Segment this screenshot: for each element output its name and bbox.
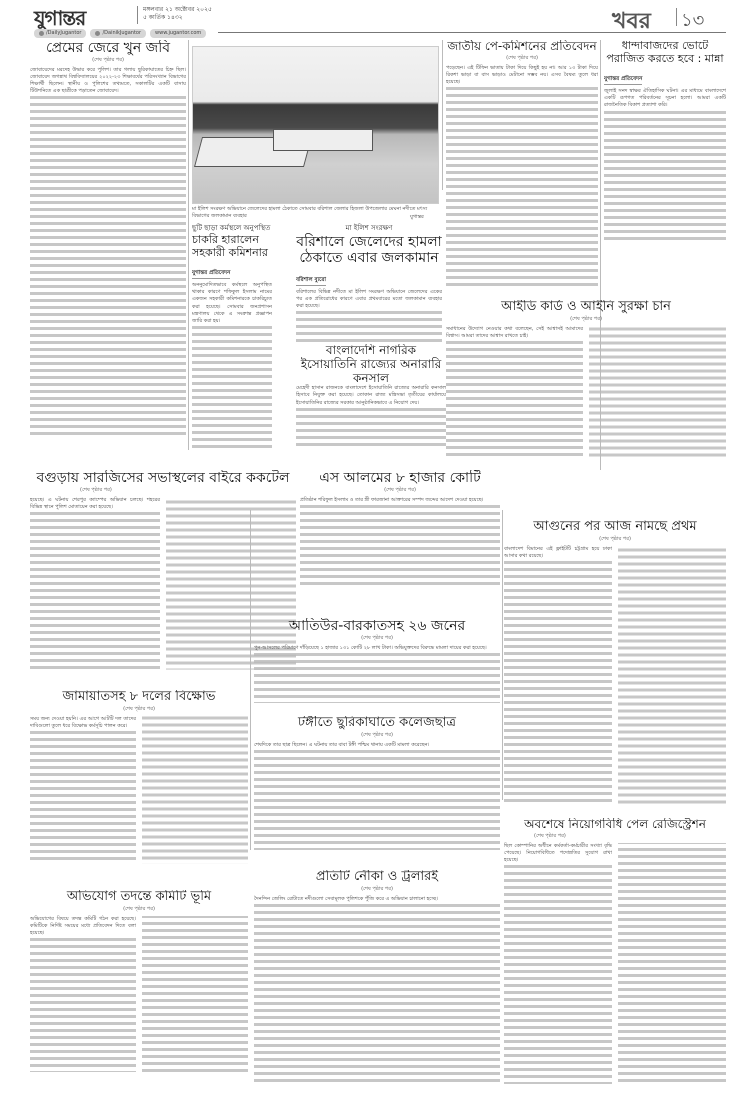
- headline[interactable]: আইডি কার্ড ও আইনি সুরক্ষা চান: [446, 300, 726, 315]
- social-label: /DailyJugantor: [46, 30, 81, 37]
- jump-line: (শেষ পৃষ্ঠার পর): [300, 487, 500, 495]
- lead-paragraph: জোবায়েদের মরদেহ উদ্ধার করে পুলিশ। তার গ…: [30, 67, 186, 95]
- article-body: বরিশালের বিভিন্ন নদীতে মা ইলিশ সংরক্ষণ অ…: [296, 289, 442, 342]
- headline[interactable]: বগুড়ায় সারজিসের সভাস্থলের বাইরে ককটেল: [30, 470, 296, 486]
- headline[interactable]: বরিশালে জেলেদের হামলা ঠেকাতে এবার জলকামা…: [296, 234, 442, 266]
- body-text-lines: [296, 408, 446, 448]
- lead-paragraph: হয়েছে। এ ঘটনায় শেরপুর ক্যাম্পের অভিযান…: [30, 497, 160, 511]
- article-body: বাংলাদেশ বিমানের এই ফ্লাইটটি চট্টগ্রাম হ…: [504, 546, 726, 804]
- article-atiur[interactable]: আতিউর-বারকাতসহ ২৬ জনের (শেষ পৃষ্ঠার পর) …: [254, 618, 500, 718]
- article-protiti-nouka[interactable]: প্রতিটি নৌকা ও ট্রলারই (শেষ পৃষ্ঠার পর) …: [254, 870, 500, 1094]
- x-icon: [39, 31, 44, 36]
- headline[interactable]: প্রতিটি নৌকা ও ট্রলারই: [254, 870, 500, 885]
- article-body: পড়েছেন। এই টিফিন ভাতায় টাকা দিয়ে কিছু…: [446, 65, 598, 287]
- column-rule: [502, 510, 503, 800]
- article-s-alam[interactable]: এস আলমের ৮ হাজার কোটি (শেষ পৃষ্ঠার পর) প…: [300, 470, 500, 590]
- body-text-lines: [30, 916, 248, 1072]
- jump-line: (শেষ পৃষ্ঠার পর): [30, 487, 296, 495]
- headline[interactable]: ধান্দাবাজদের ভোটে পরাজিত করতে হবে : মান্…: [604, 40, 726, 65]
- social-x-link[interactable]: /DailyJugantor: [34, 29, 86, 38]
- column-rule: [442, 40, 443, 190]
- body-text-lines: [30, 96, 186, 436]
- divider: [676, 8, 677, 26]
- boat-shape: [273, 129, 373, 151]
- lead-paragraph: অভিযোগের বিষয়ে তদন্ত কমিটি গঠন করা হয়ে…: [30, 916, 136, 937]
- jump-line: (শেষ পৃষ্ঠার পর): [30, 57, 186, 65]
- jump-line: (শেষ পৃষ্ঠার পর): [30, 706, 248, 714]
- column-rule: [188, 40, 189, 450]
- headline[interactable]: বাংলাদেশি নাগরিক ইসোয়াতিনি রাজ্যের অনার…: [296, 344, 446, 385]
- jump-line: (শেষ পৃষ্ঠার পর): [254, 635, 500, 643]
- lead-paragraph: পুন-আসলের পরিমাণে দাঁড়িয়েছে ১ হাজার ১৩…: [254, 645, 500, 652]
- photo-caption: মা ইলিশ সংরক্ষণ অভিযানে জেলেদের হামলা ঠে…: [192, 206, 439, 220]
- article-body: ছিল কোম্পানির অধীনে কর্মকর্তা-কর্মচারীর …: [504, 843, 726, 1084]
- article-body: শেষদিকে তার ছাত্র ছিলেন। এ ঘটনায় তার বা…: [254, 742, 500, 850]
- article-jamaat[interactable]: জামায়াতসহ ৮ দলের বিক্ষোভ (শেষ পৃষ্ঠার প…: [30, 690, 248, 880]
- masthead: যুগান্তর মঙ্গলবার ২১ অক্টোবর ২০২৫ ৫ কার্…: [0, 0, 756, 38]
- body-text-lines: [446, 87, 598, 287]
- byline: বরিশাল ব্যুরো: [296, 277, 326, 286]
- lead-paragraph: অননুমোদিতভাবে কর্মস্থলে অনুপস্থিত থাকার …: [192, 282, 272, 325]
- page-number: ১৩: [681, 6, 704, 37]
- headline[interactable]: আতিউর-বারকাতসহ ২৬ জনের: [254, 618, 500, 634]
- article-body: সময় জন্য দেওয়া হয়নি। এর আগে আটটি দল ত…: [30, 716, 248, 864]
- body-text-lines: [254, 653, 500, 703]
- social-facebook-link[interactable]: /DainikJugantor: [90, 29, 146, 38]
- jump-line: (শেষ পৃষ্ঠার পর): [504, 536, 726, 544]
- body-text-lines: [504, 843, 726, 1084]
- social-label: /DainikJugantor: [102, 30, 141, 37]
- article-premer-jere[interactable]: প্রেমের জেরে খুন জবি (শেষ পৃষ্ঠার পর) জো…: [30, 40, 186, 450]
- article-barishale[interactable]: মা ইলিশ সংরক্ষণ বরিশালে জেলেদের হামলা ঠে…: [296, 222, 442, 342]
- section-title: খবর: [612, 4, 651, 41]
- article-id-card[interactable]: আইডি কার্ড ও আইনি সুরক্ষা চান (শেষ পৃষ্ঠ…: [446, 300, 726, 470]
- article-body: প্রতিষ্ঠান শরিফুল ইসলাম ও তার স্ত্রী ফার…: [300, 497, 500, 585]
- article-tongi[interactable]: টঙ্গীতে ছুরিকাঘাতে কলেজছাত্র (শেষ পৃষ্ঠা…: [254, 716, 500, 866]
- article-body: সমাধানের উদ্যোগ নেওয়ার কথা বলেছেন, সেই …: [446, 326, 726, 459]
- lead-paragraph: মেহেদী হাসান রাজনকে বাংলাদেশে ইসোয়াতিনি…: [296, 385, 446, 406]
- lead-paragraph: ছিল কোম্পানির অধীনে কর্মকর্তা-কর্মচারীর …: [504, 843, 612, 864]
- headline[interactable]: এস আলমের ৮ হাজার কোটি: [300, 470, 500, 486]
- body-text-lines: [300, 505, 500, 585]
- lead-paragraph: পড়েছেন। এই টিফিন ভাতায় টাকা দিয়ে কিছু…: [446, 65, 598, 86]
- article-body: মেহেদী হাসান রাজনকে বাংলাদেশে ইসোয়াতিনি…: [296, 385, 446, 447]
- byline: যুগান্তর প্রতিবেদন: [604, 76, 642, 85]
- jump-line: (শেষ পৃষ্ঠার পর): [446, 55, 598, 63]
- article-consul[interactable]: বাংলাদেশি নাগরিক ইসোয়াতিনি রাজ্যের অনার…: [296, 344, 446, 454]
- article-body: দৈনন্দিন জেলিং রোটাতে নদীগুলো সেবামূলক প…: [254, 896, 500, 1084]
- headline[interactable]: জাতীয় পে-কমিশনের প্রতিবেদন: [446, 40, 598, 54]
- headline[interactable]: প্রেমের জেরে খুন জবি: [30, 40, 186, 56]
- article-dhandabaj[interactable]: ধান্দাবাজদের ভোটে পরাজিত করতে হবে : মান্…: [604, 40, 726, 240]
- divider: [137, 6, 138, 24]
- article-obhijog[interactable]: অভিযোগ তদন্তে কমিটি ভূমি (শেষ পৃষ্ঠার পর…: [30, 890, 248, 1094]
- news-photo: [192, 46, 439, 204]
- date-gregorian: মঙ্গলবার ২১ অক্টোবর ২০২৫: [143, 6, 212, 14]
- headline[interactable]: জামায়াতসহ ৮ দলের বিক্ষোভ: [30, 690, 248, 705]
- body-text-lines: [30, 716, 248, 864]
- body-text-lines: [296, 311, 442, 342]
- article-aguner-por[interactable]: আগুনের পর আজ নামছে প্রথম (শেষ পৃষ্ঠার পর…: [504, 520, 726, 810]
- headline[interactable]: অভিযোগ তদন্তে কমিটি ভূমি: [30, 890, 248, 905]
- article-body: জোবায়েদের মরদেহ উদ্ধার করে পুলিশ। তার গ…: [30, 67, 186, 436]
- article-body: পুন-আসলের পরিমাণে দাঁড়িয়েছে ১ হাজার ১৩…: [254, 645, 500, 703]
- lead-paragraph: বাংলাদেশ বিমানের এই ফ্লাইটটি চট্টগ্রাম হ…: [504, 546, 612, 560]
- date-block: মঙ্গলবার ২১ অক্টোবর ২০২৫ ৫ কার্তিক ১৪৩২: [143, 6, 212, 22]
- article-body: অননুমোদিতভাবে কর্মস্থলে অনুপস্থিত থাকার …: [192, 282, 272, 452]
- body-text-lines: [446, 326, 726, 459]
- lead-paragraph: সমাধানের উদ্যোগ নেওয়ার কথা বলেছেন, সেই …: [446, 326, 583, 340]
- article-pay-commission[interactable]: জাতীয় পে-কমিশনের প্রতিবেদন (শেষ পৃষ্ঠার…: [446, 40, 598, 300]
- article-body: অভিযোগের বিষয়ে তদন্ত কমিটি গঠন করা হয়ে…: [30, 916, 248, 1072]
- body-text-lines: [254, 904, 500, 1084]
- headline[interactable]: চাকরি হারালেন সহকারী কমিশনার: [192, 234, 272, 259]
- social-label: www.jugantor.com: [155, 30, 201, 37]
- lead-paragraph: সময় জন্য দেওয়া হয়নি। এর আগে আটটি দল ত…: [30, 716, 136, 730]
- headline[interactable]: টঙ্গীতে ছুরিকাঘাতে কলেজছাত্র: [254, 716, 500, 731]
- body-text-lines: [254, 750, 500, 850]
- kicker: মা ইলিশ সংরক্ষণ: [296, 222, 442, 234]
- article-chakri-haralen[interactable]: ছুটি ছাড়া কর্মস্থলে অনুপস্থিত চাকরি হার…: [192, 222, 272, 452]
- headline[interactable]: আগুনের পর আজ নামছে প্রথম: [504, 520, 726, 535]
- jump-line: (শেষ পৃষ্ঠার পর): [254, 886, 500, 894]
- lead-paragraph: প্রতিষ্ঠান শরিফুল ইসলাম ও তার স্ত্রী ফার…: [300, 497, 500, 504]
- website-link[interactable]: www.jugantor.com: [150, 29, 206, 38]
- facebook-icon: [95, 31, 100, 36]
- article-body: জুলাই সনদ স্বাক্ষর ঐতিহাসিক ঘটনা। এর মাধ…: [604, 88, 726, 240]
- lead-paragraph: দৈনন্দিন জেলিং রোটাতে নদীগুলো সেবামূলক প…: [254, 896, 500, 903]
- byline: যুগান্তর প্রতিবেদন: [192, 270, 230, 279]
- lead-paragraph: জুলাই সনদ স্বাক্ষর ঐতিহাসিক ঘটনা। এর মাধ…: [604, 88, 726, 109]
- photo-credit: যুগান্তর: [410, 214, 424, 222]
- jump-line: (শেষ পৃষ্ঠার পর): [254, 732, 500, 740]
- lead-paragraph: বরিশালের বিভিন্ন নদীতে মা ইলিশ সংরক্ষণ অ…: [296, 289, 442, 310]
- social-links: /DailyJugantor /DainikJugantor www.jugan…: [34, 29, 206, 38]
- jump-line: (শেষ পৃষ্ঠার পর): [504, 833, 726, 841]
- lead-paragraph: শেষদিকে তার ছাত্র ছিলেন। এ ঘটনায় তার বা…: [254, 742, 500, 749]
- body-text-lines: [504, 546, 726, 804]
- body-text-lines: [604, 111, 726, 240]
- headline[interactable]: অবশেষে নিয়োগবিধি পেল রেজিস্ট্রেশন: [504, 818, 726, 832]
- jump-line: (শেষ পৃষ্ঠার পর): [446, 316, 726, 324]
- date-bengali: ৫ কার্তিক ১৪৩২: [143, 14, 212, 22]
- article-obosheshe[interactable]: অবশেষে নিয়োগবিধি পেল রেজিস্ট্রেশন (শেষ …: [504, 818, 726, 1094]
- jump-line: (শেষ পৃষ্ঠার পর): [30, 906, 248, 914]
- body-text-lines: [192, 326, 272, 452]
